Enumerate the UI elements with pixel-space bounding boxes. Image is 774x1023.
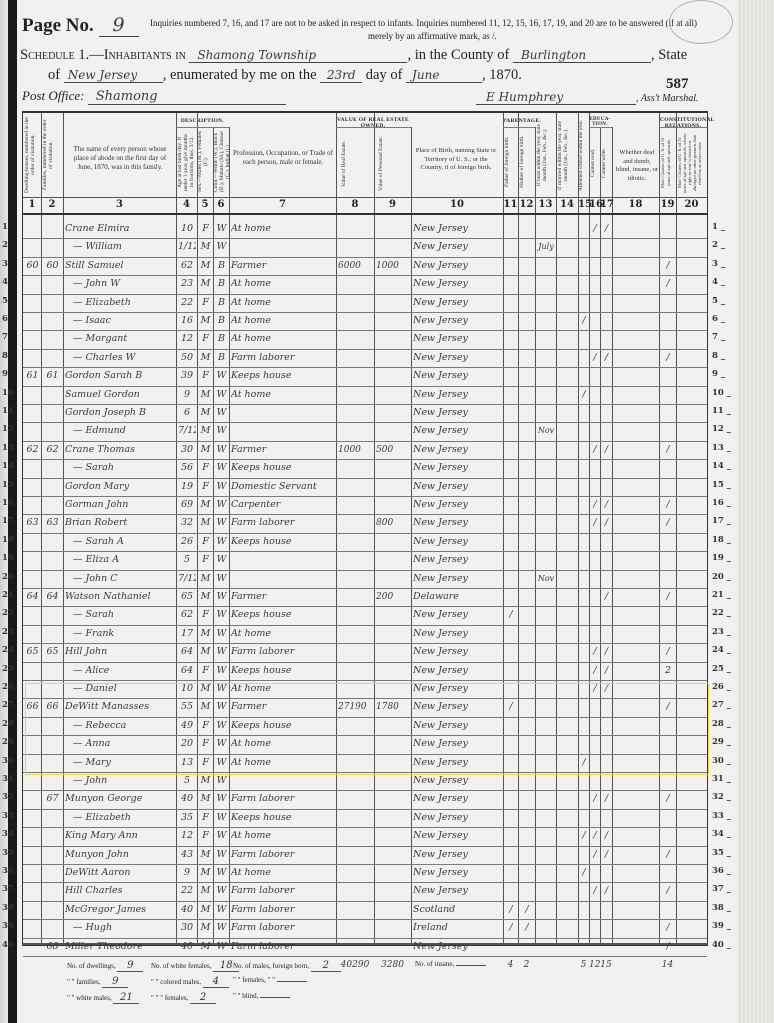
cell-disability xyxy=(614,588,658,606)
cell-born-month xyxy=(537,386,555,404)
total-school: 5 xyxy=(578,956,589,974)
cell-cannot-write xyxy=(602,312,611,330)
cell-disability xyxy=(614,312,658,330)
month-field: June xyxy=(406,68,482,83)
cell-dwelling xyxy=(25,386,40,404)
cell-name: — Charles W xyxy=(65,349,183,367)
cell-cannot-read xyxy=(591,386,599,404)
cell-color: W xyxy=(215,588,228,606)
summary-dwellings-label: No. of dwellings, xyxy=(67,962,116,970)
cell-cannot-read xyxy=(591,404,599,422)
cell-born-month xyxy=(537,551,555,569)
cell-born-month xyxy=(537,496,555,514)
cell-color: B xyxy=(215,330,228,348)
cell-mother-f xyxy=(520,551,534,569)
cell-dwelling xyxy=(25,864,40,882)
cell-married-month xyxy=(558,735,577,753)
cell-dwelling xyxy=(25,404,40,422)
cell-father-f xyxy=(505,846,517,864)
page-number: 9 xyxy=(99,14,139,37)
row-number-left: 27 xyxy=(2,700,14,710)
column-number-18: 18 xyxy=(612,197,659,213)
row-number-left: 31 xyxy=(2,774,14,784)
cell-father-f xyxy=(505,570,517,588)
cell-real xyxy=(338,735,373,753)
cell-birthplace: Delaware xyxy=(413,588,502,606)
cell-family xyxy=(43,386,62,404)
cell-born-month xyxy=(537,220,555,238)
cell-cannot-write xyxy=(602,422,611,440)
row-number-left: 18 xyxy=(2,535,14,545)
cell-occupation: Farm laborer xyxy=(231,643,335,661)
summary-white-males: " " white males, 21 xyxy=(67,992,139,1004)
cell-personal xyxy=(376,478,410,496)
cell-color: W xyxy=(215,570,228,588)
cell-sex: F xyxy=(199,809,212,827)
cell-cannot-read xyxy=(591,606,599,624)
cell-dwelling xyxy=(25,294,40,312)
cell-personal xyxy=(376,772,410,790)
column-number-15: 15 xyxy=(578,197,589,213)
cell-name: Gordon Sarah B xyxy=(65,367,175,385)
cell-father-f xyxy=(505,643,517,661)
col-header-5: Sex.—Males (M.), Females (F.) xyxy=(197,131,211,193)
cell-cannot-write: / xyxy=(602,643,611,661)
cell-real: 1000 xyxy=(338,441,373,459)
column-divider xyxy=(229,127,230,945)
cell-real xyxy=(338,662,373,680)
cell-personal xyxy=(376,919,410,937)
row-number-left: 38 xyxy=(2,903,14,913)
cell-name: — Elizabeth xyxy=(65,294,183,312)
post-office-label: Post Office: xyxy=(22,88,84,103)
row-number-left: 14 xyxy=(2,461,14,471)
cell-married-month xyxy=(558,882,577,900)
cell-family xyxy=(43,864,62,882)
cell-personal xyxy=(376,570,410,588)
cell-citizen xyxy=(661,459,675,477)
cell-school xyxy=(580,938,588,956)
row-number-left: 13 xyxy=(2,443,14,453)
cell-personal: 200 xyxy=(376,588,410,606)
cell-school xyxy=(580,698,588,716)
cell-name: — Rebecca xyxy=(65,717,183,735)
cell-mother-f xyxy=(520,882,534,900)
row-number-right: 37 _ xyxy=(712,884,731,894)
cell-born-month xyxy=(537,404,555,422)
cell-born-month xyxy=(537,441,555,459)
cell-sex: M xyxy=(199,901,212,919)
cell-cannot-read xyxy=(591,698,599,716)
column-number-1: 1 xyxy=(23,197,41,213)
enumeration-line: of New Jersey, enumerated by me on the 2… xyxy=(48,67,522,84)
cell-dwelling xyxy=(25,312,40,330)
cell-dwelling xyxy=(25,570,40,588)
cell-dwelling xyxy=(25,772,40,790)
cell-denied xyxy=(678,514,706,532)
row-number-right: 5 _ xyxy=(712,296,725,306)
group-header-rule xyxy=(336,127,411,128)
cell-dwelling xyxy=(25,919,40,937)
page-number-line: Page No. 9 xyxy=(22,14,139,37)
cell-school xyxy=(580,790,588,808)
cell-married-month xyxy=(558,257,577,275)
cell-personal xyxy=(376,386,410,404)
cell-sex: F xyxy=(199,478,212,496)
cell-birthplace: New Jersey xyxy=(413,772,502,790)
cell-denied xyxy=(678,938,706,956)
cell-personal xyxy=(376,790,410,808)
cell-family: 61 xyxy=(43,367,62,385)
cell-birthplace: New Jersey xyxy=(413,496,502,514)
cell-married-month xyxy=(558,459,577,477)
cell-denied xyxy=(678,809,706,827)
row-number-right: 39 _ xyxy=(712,921,731,931)
cell-born-month xyxy=(537,754,555,772)
cell-age: 7/12 xyxy=(178,570,196,588)
cell-name: Crane Thomas xyxy=(65,441,175,459)
cell-personal xyxy=(376,643,410,661)
cell-school xyxy=(580,459,588,477)
cell-name: — Alice xyxy=(65,662,183,680)
cell-family xyxy=(43,478,62,496)
cell-occupation: Farmer xyxy=(231,441,335,459)
cell-personal xyxy=(376,496,410,514)
cell-mother-f xyxy=(520,680,534,698)
row-number-right: 4 _ xyxy=(712,277,725,287)
summary-blind: " " blind, xyxy=(233,992,290,1000)
cell-name: Watson Nathaniel xyxy=(65,588,175,606)
cell-school xyxy=(580,441,588,459)
cell-mother-f xyxy=(520,220,534,238)
cell-age: 19 xyxy=(178,478,196,496)
cell-age: 64 xyxy=(178,662,196,680)
cell-married-month xyxy=(558,570,577,588)
cell-birthplace: New Jersey xyxy=(413,551,502,569)
cell-cannot-read xyxy=(591,938,599,956)
cell-mother-f xyxy=(520,864,534,882)
cell-sex: M xyxy=(199,864,212,882)
row-number-right: 38 _ xyxy=(712,903,731,913)
cell-married-month xyxy=(558,827,577,845)
cell-citizen xyxy=(661,238,675,256)
cell-mother-f xyxy=(520,588,534,606)
cell-cannot-write xyxy=(602,238,611,256)
cell-real xyxy=(338,294,373,312)
cell-cannot-read xyxy=(591,312,599,330)
cell-citizen xyxy=(661,680,675,698)
cell-real xyxy=(338,827,373,845)
cell-color: W xyxy=(215,662,228,680)
cell-mother-f xyxy=(520,827,534,845)
cell-cannot-read xyxy=(591,422,599,440)
cell-born-month xyxy=(537,349,555,367)
cell-married-month xyxy=(558,662,577,680)
cell-born-month xyxy=(537,717,555,735)
cell-disability xyxy=(614,735,658,753)
cell-real xyxy=(338,882,373,900)
cell-father-f xyxy=(505,533,517,551)
enumerated-label: , enumerated by me on the xyxy=(163,67,317,83)
day-of-label: day of xyxy=(366,67,403,83)
cell-personal xyxy=(376,533,410,551)
cell-father-f xyxy=(505,772,517,790)
cell-denied xyxy=(678,790,706,808)
row-number-left: 7 xyxy=(2,332,14,342)
cell-birthplace: New Jersey xyxy=(413,680,502,698)
cell-mother-f xyxy=(520,275,534,293)
cell-name: Brian Robert xyxy=(65,514,175,532)
cell-born-month: Nov xyxy=(537,570,555,588)
cell-personal xyxy=(376,864,410,882)
cell-cannot-write: / xyxy=(602,827,611,845)
county-label: , in the County of xyxy=(407,47,509,63)
cell-occupation: At home xyxy=(231,754,335,772)
row-number-right: 36 _ xyxy=(712,866,731,876)
cell-disability xyxy=(614,790,658,808)
cell-denied xyxy=(678,404,706,422)
cell-dwelling xyxy=(25,551,40,569)
cell-mother-f xyxy=(520,349,534,367)
cell-cannot-read xyxy=(591,570,599,588)
cell-cannot-read: / xyxy=(591,220,599,238)
cell-family xyxy=(43,570,62,588)
row-number-left: 33 xyxy=(2,811,14,821)
cell-father-f: / xyxy=(505,901,517,919)
cell-father-f xyxy=(505,294,517,312)
cell-name: — Isaac xyxy=(65,312,183,330)
row-number-right: 18 _ xyxy=(712,535,731,545)
cell-mother-f xyxy=(520,367,534,385)
column-number-20: 20 xyxy=(676,197,707,213)
cell-denied xyxy=(678,459,706,477)
summary-blind-value xyxy=(260,997,290,998)
cell-citizen xyxy=(661,478,675,496)
cell-birthplace: New Jersey xyxy=(413,514,502,532)
cell-citizen: / xyxy=(661,441,675,459)
cell-married-month xyxy=(558,938,577,956)
cell-cannot-write xyxy=(602,330,611,348)
cell-sex: M xyxy=(199,257,212,275)
cell-sex: M xyxy=(199,386,212,404)
cell-cannot-write xyxy=(602,864,611,882)
cell-birthplace: Ireland xyxy=(413,919,502,937)
cell-occupation: Keeps house xyxy=(231,533,335,551)
cell-father-f xyxy=(505,809,517,827)
cell-birthplace: New Jersey xyxy=(413,643,502,661)
cell-personal xyxy=(376,220,410,238)
cell-sex: F xyxy=(199,330,212,348)
cell-denied xyxy=(678,919,706,937)
total-citizens: 14 xyxy=(659,956,676,974)
cell-color: B xyxy=(215,257,228,275)
cell-disability xyxy=(614,901,658,919)
cell-disability xyxy=(614,386,658,404)
column-number-6: 6 xyxy=(213,197,229,213)
cell-citizen: / xyxy=(661,919,675,937)
cell-personal xyxy=(376,662,410,680)
cell-birthplace: New Jersey xyxy=(413,698,502,716)
cell-name: Munyon George xyxy=(65,790,175,808)
row-number-left: 39 xyxy=(2,921,14,931)
cell-family: 68 xyxy=(43,938,62,956)
cell-occupation: At home xyxy=(231,680,335,698)
column-number-10: 10 xyxy=(411,197,503,213)
cell-birthplace: New Jersey xyxy=(413,827,502,845)
cell-school xyxy=(580,919,588,937)
row-number-left: 10 xyxy=(2,388,14,398)
cell-dwelling xyxy=(25,846,40,864)
cell-family xyxy=(43,330,62,348)
cell-married-month xyxy=(558,790,577,808)
cell-born-month xyxy=(537,809,555,827)
cell-cannot-read: / xyxy=(591,680,599,698)
summary-foreign-females: " " females, " " xyxy=(233,976,307,984)
of-label: of xyxy=(48,67,60,83)
cell-denied xyxy=(678,717,706,735)
cell-married-month xyxy=(558,551,577,569)
cell-disability xyxy=(614,551,658,569)
cell-cannot-read xyxy=(591,864,599,882)
cell-dwelling xyxy=(25,717,40,735)
cell-disability xyxy=(614,514,658,532)
cell-school xyxy=(580,294,588,312)
cell-married-month xyxy=(558,514,577,532)
cell-disability xyxy=(614,643,658,661)
group-header-rule xyxy=(589,127,612,128)
cell-denied xyxy=(678,441,706,459)
cell-citizen: / xyxy=(661,257,675,275)
cell-citizen xyxy=(661,220,675,238)
cell-cannot-write: / xyxy=(602,496,611,514)
row-number-right: 13 _ xyxy=(712,443,731,453)
cell-cannot-read xyxy=(591,257,599,275)
cell-occupation xyxy=(231,772,335,790)
summary-colored-males: " " colored males, 4 xyxy=(151,976,229,988)
cell-color: W xyxy=(215,846,228,864)
cell-dwelling: 60 xyxy=(25,257,40,275)
col-header-15: Attended school within the year. xyxy=(578,117,588,193)
cell-name: — Daniel xyxy=(65,680,183,698)
cell-mother-f xyxy=(520,422,534,440)
cell-cannot-read xyxy=(591,551,599,569)
cell-occupation: At home xyxy=(231,294,335,312)
cell-mother-f xyxy=(520,772,534,790)
cell-dwelling xyxy=(25,790,40,808)
cell-disability xyxy=(614,919,658,937)
cell-name: Munyon John xyxy=(65,846,175,864)
cell-real xyxy=(338,790,373,808)
cell-father-f xyxy=(505,680,517,698)
col-header-4: Age at last birth-day. If under 1 year, … xyxy=(177,131,195,193)
cell-occupation xyxy=(231,238,335,256)
row-number-right: 15 _ xyxy=(712,480,731,490)
cell-age: 9 xyxy=(178,864,196,882)
cell-cannot-read xyxy=(591,588,599,606)
summary-insane-value xyxy=(456,965,486,966)
cell-born-month xyxy=(537,533,555,551)
cell-dwelling xyxy=(25,662,40,680)
cell-mother-f xyxy=(520,312,534,330)
cell-real xyxy=(338,496,373,514)
cell-age: 65 xyxy=(178,588,196,606)
cell-color: W xyxy=(215,772,228,790)
cell-birthplace: New Jersey xyxy=(413,349,502,367)
cell-citizen: / xyxy=(661,643,675,661)
cell-occupation: Farmer xyxy=(231,698,335,716)
cell-disability xyxy=(614,662,658,680)
cell-school xyxy=(580,257,588,275)
cell-cannot-read xyxy=(591,919,599,937)
cell-disability xyxy=(614,827,658,845)
cell-age: 26 xyxy=(178,533,196,551)
cell-school xyxy=(580,404,588,422)
cell-age: 17 xyxy=(178,625,196,643)
cell-name: — Sarah xyxy=(65,459,183,477)
cell-birthplace: New Jersey xyxy=(413,735,502,753)
cell-sex: M xyxy=(199,882,212,900)
cell-born-month xyxy=(537,606,555,624)
col-header-16: Cannot read. xyxy=(590,133,600,193)
row-number-left: 16 xyxy=(2,498,14,508)
cell-occupation: Carpenter xyxy=(231,496,335,514)
cell-father-f xyxy=(505,441,517,459)
cell-mother-f xyxy=(520,662,534,680)
cell-occupation xyxy=(231,551,335,569)
row-number-left: 34 xyxy=(2,829,14,839)
cell-real xyxy=(338,238,373,256)
cell-personal xyxy=(376,422,410,440)
row-number-left: 5 xyxy=(2,296,14,306)
cell-cannot-read xyxy=(591,625,599,643)
column-number-5: 5 xyxy=(197,197,213,213)
col-header-13: If born within the year, state month (Ja… xyxy=(536,117,554,193)
cell-occupation: At home xyxy=(231,312,335,330)
row-number-left: 37 xyxy=(2,884,14,894)
cell-real xyxy=(338,312,373,330)
cell-birthplace: New Jersey xyxy=(413,238,502,256)
cell-denied xyxy=(678,735,706,753)
cell-mother-f xyxy=(520,790,534,808)
cell-name: — Morgant xyxy=(65,330,183,348)
cell-mother-f xyxy=(520,625,534,643)
cell-personal xyxy=(376,606,410,624)
cell-denied xyxy=(678,533,706,551)
cell-color: W xyxy=(215,680,228,698)
cell-disability xyxy=(614,754,658,772)
cell-birthplace: New Jersey xyxy=(413,422,502,440)
cell-occupation: Farm laborer xyxy=(231,882,335,900)
cell-born-month xyxy=(537,901,555,919)
column-number-19: 19 xyxy=(659,197,676,213)
cell-citizen: / xyxy=(661,349,675,367)
cell-family: 66 xyxy=(43,698,62,716)
cell-cannot-read xyxy=(591,294,599,312)
row-number-right: 16 _ xyxy=(712,498,731,508)
cell-family xyxy=(43,349,62,367)
cell-married-month xyxy=(558,496,577,514)
cell-cannot-write: / xyxy=(602,441,611,459)
cell-cannot-read xyxy=(591,238,599,256)
cell-cannot-write: / xyxy=(602,680,611,698)
cell-disability xyxy=(614,846,658,864)
cell-family: 67 xyxy=(43,790,62,808)
cell-family xyxy=(43,919,62,937)
cell-cannot-read xyxy=(591,809,599,827)
cell-occupation: Farm laborer xyxy=(231,938,335,956)
cell-color: W xyxy=(215,386,228,404)
cell-cannot-write xyxy=(602,717,611,735)
